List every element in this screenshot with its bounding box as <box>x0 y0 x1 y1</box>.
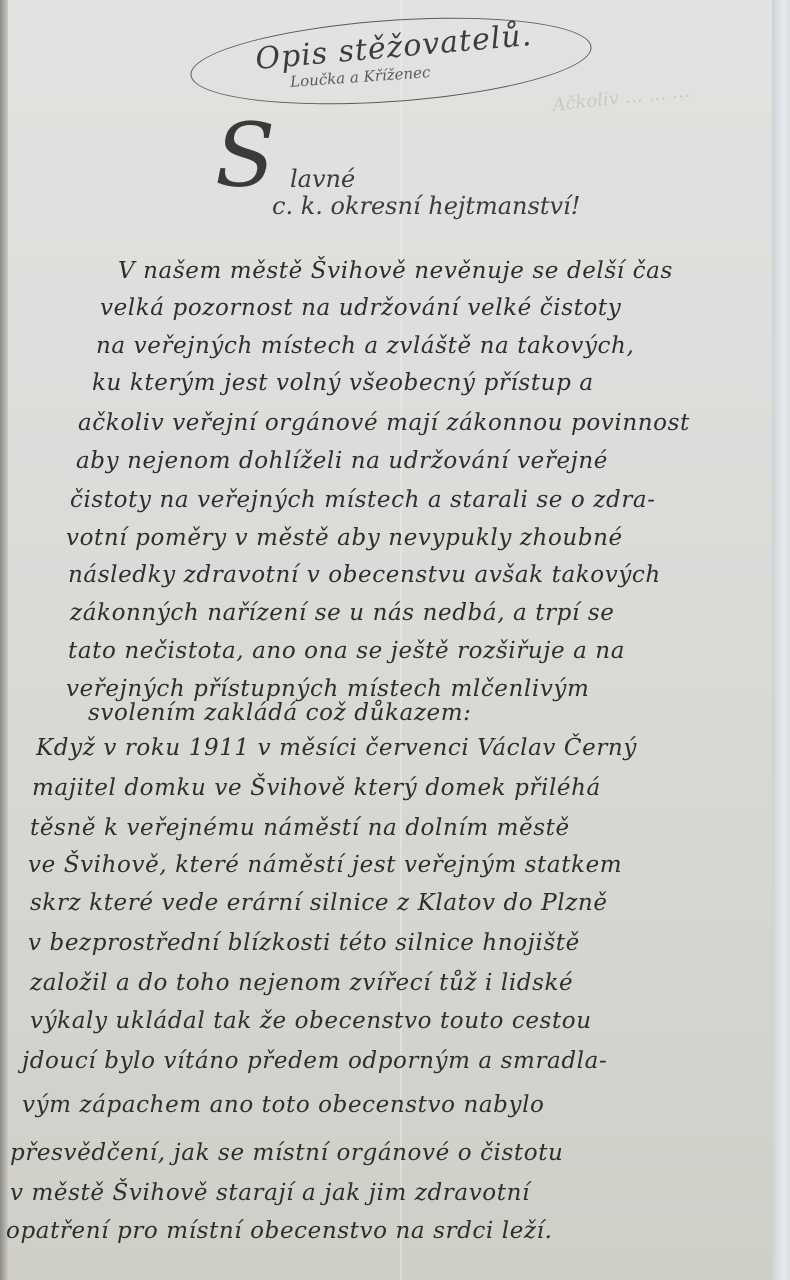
salutation-line-2: c. k. okresní hejtmanství! <box>272 192 580 220</box>
handwritten-line: na veřejných místech a zvláště na takový… <box>96 333 634 359</box>
handwritten-line: ve Švihově, které náměstí jest veřejným … <box>28 852 622 878</box>
handwritten-line: výkaly ukládal tak že obecenstvo touto c… <box>30 1008 592 1034</box>
salutation-initial: S <box>215 112 275 200</box>
handwritten-line: jdoucí bylo vítáno předem odporným a smr… <box>22 1048 607 1074</box>
handwritten-line: těsně k veřejnému náměstí na dolním měst… <box>30 815 570 841</box>
handwritten-line: aby nejenom dohlíželi na udržování veřej… <box>76 448 608 474</box>
handwritten-line: čistoty na veřejných místech a starali s… <box>70 487 656 513</box>
handwritten-line: Když v roku 1911 v měsíci červenci Václa… <box>36 735 637 761</box>
handwritten-line: votní poměry v městě aby nevypukly zhoub… <box>66 525 623 551</box>
salutation-line-1: lavné <box>290 165 355 193</box>
page-right-edge <box>772 0 790 1280</box>
handwritten-line: svolením zakládá což důkazem: <box>88 700 472 726</box>
handwritten-line: v bezprostřední blízkosti této silnice h… <box>28 930 580 956</box>
handwritten-line: majitel domku ve Švihově který domek při… <box>32 775 601 801</box>
handwritten-line: skrz které vede erární silnice z Klatov … <box>30 890 608 916</box>
page-left-shadow <box>0 0 8 1280</box>
handwritten-line: ačkoliv veřejní orgánové mají zákonnou p… <box>78 410 690 436</box>
handwritten-line: ku kterým jest volný všeobecný přístup a <box>92 370 594 396</box>
handwritten-line: opatření pro místní obecenstvo na srdci … <box>6 1218 553 1244</box>
handwritten-line: V našem městě Švihově nevěnuje se delší … <box>118 258 673 284</box>
handwritten-line: v městě Švihově starají a jak jim zdravo… <box>10 1180 530 1206</box>
handwritten-line: veřejných přístupných místech mlčenlivým <box>66 676 589 702</box>
handwritten-line: přesvědčení, jak se místní orgánové o či… <box>10 1140 563 1166</box>
handwritten-line: tato nečistota, ano ona se ještě rozšiřu… <box>68 638 625 664</box>
handwritten-line: následky zdravotní v obecenstvu avšak ta… <box>68 562 661 588</box>
handwritten-line: velká pozornost na udržování velké čisto… <box>100 295 621 321</box>
bleed-through-text: Ačkoliv … … … <box>551 70 769 270</box>
handwritten-line: vým zápachem ano toto obecenstvo nabylo <box>22 1092 545 1118</box>
handwritten-line: založil a do toho nejenom zvířecí tůž i … <box>30 970 573 996</box>
handwritten-line: zákonných nařízení se u nás nedbá, a trp… <box>70 600 614 626</box>
